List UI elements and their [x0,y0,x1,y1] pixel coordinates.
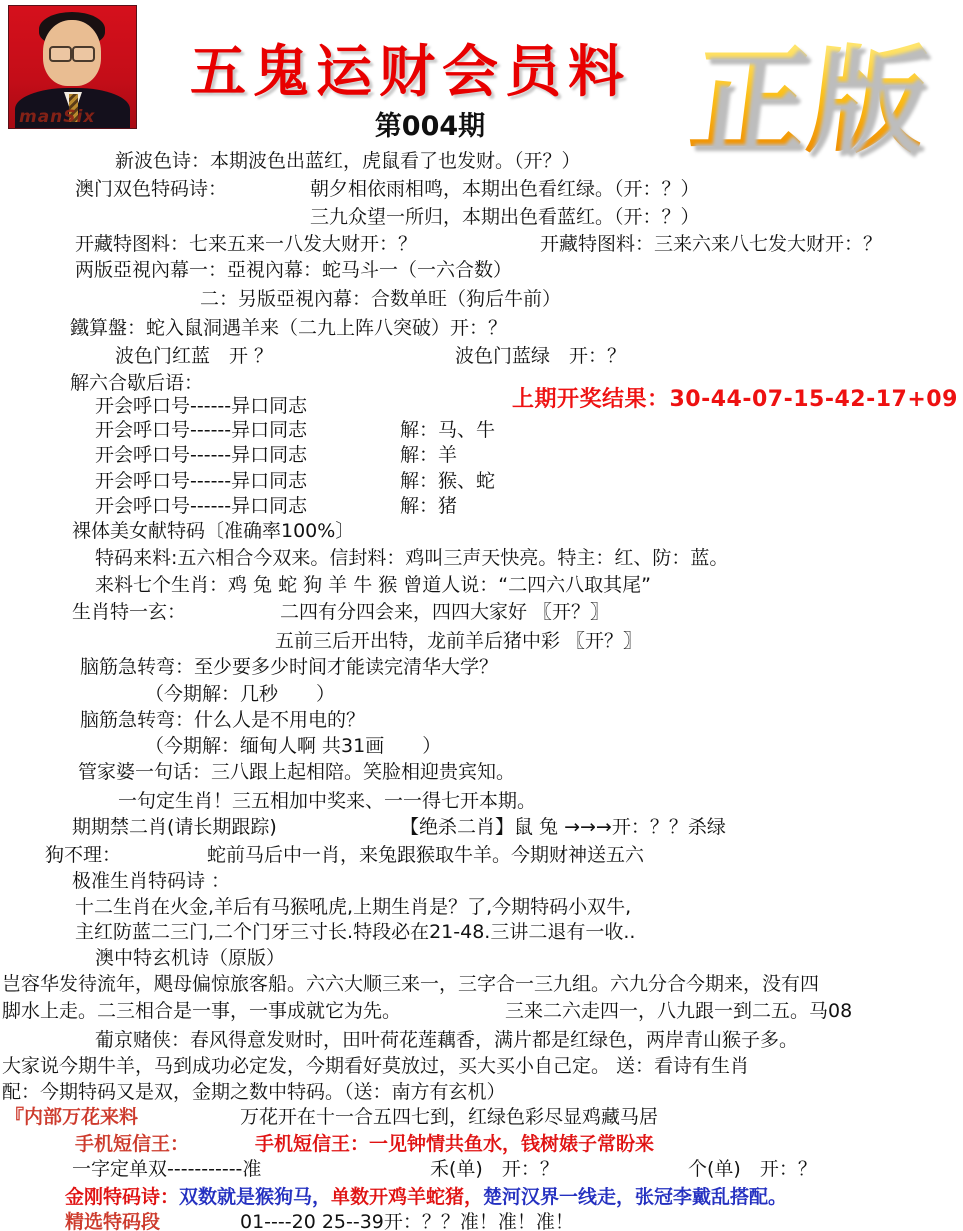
text-segment: 01----20 25--39开：？？准！准！准！ [240,1207,574,1231]
line-brain-teaser-1-answer: （今期解：几秒 ） [0,679,963,706]
line-macau-mystery-poem-header: 澳中特玄机诗（原版） [0,943,963,970]
line-brain-teaser-2-answer: （今期解：缅甸人啊 共31画 ） [0,731,963,758]
line-kaicang-pictures: 开藏特图料：七来五来一八发大财开：？ 开藏特图料：三来六来八七发大财开：？ [0,229,963,256]
text-segment: 岂容华发待流年，飓母偏惊旅客船。六六大顺三来一，三字合一三九组。六九分合今期来，… [2,969,819,996]
line-one-sentence-zodiac: 一句定生肖！三五相加中奖来、一一得七开本期。 [0,786,963,813]
line-zodiac-mystery-1: 生肖特一玄： 二四有分四会来，四四大家好 〖开？〗 [0,597,963,624]
line-brain-teaser-1: 脑筋急转弯：至少要多少时间才能读完清华大学？ [0,652,963,679]
line-seven-zodiacs: 来料七个生肖：鸡 兔 蛇 狗 羊 牛 猴 曾道人说：“二四六八取其尾” [0,570,963,597]
line-iron-abacus: 鐵算盤：蛇入鼠洞遇羊来（二九上阵八突破）开：？ [0,313,963,340]
text-segment: 裸体美女献特码〔准确率100%〕 [72,516,354,543]
text-segment: 极准生肖特码诗 ： [72,866,230,893]
line-brain-teaser-2: 脑筋急转弯：什么人是不用电的？ [0,705,963,732]
text-segment: 万花开在十一合五四七到，红绿色彩尽显鸡藏马居 [240,1102,658,1129]
line-macau-double-color-poem: 澳门双色特码诗： 朝夕相依雨相鸣，本期出色看红绿。（开：？） [0,174,963,201]
text-segment: 开藏特图料：七来五来一八发大财开：？ [75,229,417,256]
text-segment: 一字定单双-----------准 [72,1154,261,1181]
line-slogan-3: 开会呼口号------异口同志 解：羊 [0,440,963,467]
line-housekeeper-sentence: 管家婆一句话：三八跟上起相陪。笑脸相迎贵宾知。 [0,757,963,784]
text-segment: 三九众望一所归，本期出色看蓝红。（开：？） [310,202,700,229]
text-segment: 双数就是猴狗马， [179,1186,331,1208]
text-segment: 二：另版亞視內幕：合数单旺（狗后牛前） [200,284,561,311]
line-macau-mystery-poem-2: 脚水上走。二三相合是一事，一事成就它为先。 三来二六走四一，八九跟一到二五。马0… [0,996,963,1023]
text-segment: （今期解：几秒 ） [145,679,335,706]
line-kinggang-poem: 金刚特码诗：双数就是猴狗马，单数开鸡羊蛇猪，楚河汉界一线走，张冠李戴乱搭配。 [0,1182,963,1209]
text-segment: 开会呼口号------异口同志 [95,391,307,418]
text-segment: 三来二六走四一，八九跟一到二五。马08 [505,996,852,1023]
text-segment: 开会呼口号------异口同志 [95,466,307,493]
text-segment: 新波色诗：本期波色出蓝红，虎鼠看了也发财。（开？） [115,146,581,173]
text-segment: 澳门双色特码诗： [75,174,227,201]
text-segment: 波色门红蓝 开 ？ [115,341,273,368]
issue-number: 第004期 [300,104,560,143]
text-segment: 朝夕相依雨相鸣，本期出色看红绿。（开：？） [310,174,700,201]
line-goubuli: 狗不理： 蛇前马后中一肖，来兔跟猴取牛羊。今期财神送五六 [0,840,963,867]
text-segment: 波色门蓝绿 开：？ [455,341,626,368]
text-segment: （今期解：缅甸人啊 共31画 ） [145,731,441,758]
text-segment: 脑筋急转弯：至少要多少时间才能读完清华大学？ [80,652,498,679]
text-segment: 解：猴、蛇 [400,466,495,493]
line-atv-insider-1: 两版亞視內幕一：亞視內幕：蛇马斗一（一六合数） [0,255,963,282]
text-segment: 来料七个生肖：鸡 兔 蛇 狗 羊 牛 猴 曾道人说：“二四六八取其尾” [95,570,651,597]
line-special-code-source: 特码来料:五六相合今双来。信封料：鸡叫三声天快亮。特主：红、防：蓝。 [0,543,963,570]
line-pujing-gambler-2: 大家说今期牛羊，马到成功必定发，今期看好莫放过，买大买小自己定。 送：看诗有生肖 [0,1051,963,1078]
tip-sheet-page: manSix 五鬼运财会员料 第004期 正版 新波色诗：本期波色出蓝红，虎鼠看… [0,0,963,1231]
text-segment: 单数开鸡羊蛇猪， [331,1186,483,1208]
text-segment: 配：今期特码又是双，金期之数中特码。（送：南方有玄机） [2,1077,506,1104]
text-segment: 蛇前马后中一肖，来兔跟猴取牛羊。今期财神送五六 [207,840,644,867]
text-segment: 楚河汉界一线走，张冠李戴乱搭配。 [483,1186,787,1208]
line-pujing-gambler-3: 配：今期特码又是双，金期之数中特码。（送：南方有玄机） [0,1077,963,1104]
line-accurate-zodiac-poem-header: 极准生肖特码诗 ： [0,866,963,893]
text-segment: 解：马、牛 [400,415,495,442]
text-segment: 两版亞視內幕一：亞視內幕：蛇马斗一（一六合数） [75,255,512,282]
text-segment: 手机短信王：一见钟情共鱼水，钱树婊子常盼来 [255,1129,654,1156]
text-segment: 二四有分四会来，四四大家好 〖开？〗 [280,597,609,624]
text-segment: 一句定生肖！三五相加中奖来、一一得七开本期。 [118,786,536,813]
section-label: 手机短信王： [75,1129,189,1156]
line-wave-color-doors: 波色门红蓝 开 ？ 波色门蓝绿 开：？ [0,341,963,368]
text-segment: 个(单) 开：？ [688,1154,817,1181]
text-segment: 五前三后开出特，龙前羊后猪中彩 〖开？〗 [275,626,642,653]
text-segment: 【绝杀二肖】鼠 兔 →→→开：？？杀绿 [400,812,726,839]
glasses-icon [49,46,95,58]
text-segment: 葡京赌侠：春风得意发财时，田叶荷花莲藕香，满片都是红绿色，两岸青山猴子多。 [95,1025,798,1052]
line-internal-wanhua: 『内部万花来料 万花开在十一合五四七到，红绿色彩尽显鸡藏马居 [0,1102,963,1129]
text-segment: 鐵算盤：蛇入鼠洞遇羊来（二九上阵八突破）开：？ [70,313,507,340]
line-accurate-zodiac-poem-1: 十二生肖在火金,羊后有马猴吼虎,上期生肖是？了,今期特码小双牛, [0,892,963,919]
line-slogan-1: 开会呼口号------异口同志 上期开奖结果：30-44-07-15-42-17… [0,391,963,418]
text-segment: 特码来料:五六相合今双来。信封料：鸡叫三声天快亮。特主：红、防：蓝。 [95,543,728,570]
text-segment: 开藏特图料：三来六来八七发大财开：？ [540,229,882,256]
line-atv-insider-2: 二：另版亞視內幕：合数单旺（狗后牛前） [0,284,963,311]
line-selected-segment: 精选特码段 01----20 25--39开：？？准！准！准！ [0,1207,963,1231]
line-slogan-2: 开会呼口号------异口同志 解：马、牛 [0,415,963,442]
text-segment: 十二生肖在火金,羊后有马猴吼虎,上期生肖是？了,今期特码小双牛, [75,892,631,919]
text-segment: 解：羊 [400,440,457,467]
text-segment: 脚水上走。二三相合是一事，一事成就它为先。 [2,996,401,1023]
page-body: { "header": { "title": "五鬼运财会员料", "issue… [0,0,963,1231]
text-segment: 管家婆一句话：三八跟上起相陪。笑脸相迎贵宾知。 [78,757,515,784]
line-macau-mystery-poem-1: 岂容华发待流年，飓母偏惊旅客船。六六大顺三来一，三字合一三九组。六九分合今期来，… [0,969,963,996]
text-segment: 金刚特码诗：双数就是猴狗马，单数开鸡羊蛇猪，楚河汉界一线走，张冠李戴乱搭配。 [65,1182,787,1209]
text-segment: 解：猪 [400,491,457,518]
text-segment: 澳中特玄机诗（原版） [95,943,285,970]
text-segment: 主红防蓝二三门,二个门牙三寸长.特段必在21-48.三讲二退有一收.. [75,917,635,944]
text-segment: 大家说今期牛羊，马到成功必定发，今期看好莫放过，买大买小自己定。 送：看诗有生肖 [2,1051,749,1078]
line-pujing-gambler: 葡京赌侠：春风得意发财时，田叶荷花莲藕香，满片都是红绿色，两岸青山猴子多。 [0,1025,963,1052]
text-segment: 禾(单) 开：？ [430,1154,559,1181]
line-accurate-zodiac-poem-2: 主红防蓝二三门,二个门牙三寸长.特段必在21-48.三讲二退有一收.. [0,917,963,944]
line-forbidden-two-zodiac: 期期禁二肖(请长期跟踪) 【绝杀二肖】鼠 兔 →→→开：？？杀绿 [0,812,963,839]
last-draw-result: 上期开奖结果：30-44-07-15-42-17+09 [512,382,958,413]
section-label: 精选特码段 [65,1207,160,1231]
page-title: 五鬼运财会员料 [190,28,750,108]
text-segment: 开会呼口号------异口同志 [95,491,307,518]
text-segment: 开会呼口号------异口同志 [95,415,307,442]
line-macau-double-color-poem-2: 三九众望一所归，本期出色看蓝红。（开：？） [0,202,963,229]
line-nude-beauty-special: 裸体美女献特码〔准确率100%〕 [0,516,963,543]
section-label: 金刚特码诗： [65,1186,179,1208]
line-slogan-5: 开会呼口号------异口同志 解：猪 [0,491,963,518]
text-segment: 开会呼口号------异口同志 [95,440,307,467]
section-label: 『内部万花来料 [5,1102,138,1129]
line-sms-king: 手机短信王： 手机短信王：一见钟情共鱼水，钱树婊子常盼来 [0,1129,963,1156]
line-slogan-4: 开会呼口号------异口同志 解：猴、蛇 [0,466,963,493]
photo-watermark: manSix [19,107,95,127]
text-segment: 期期禁二肖(请长期跟踪) [72,812,277,839]
line-new-wave-poem: 新波色诗：本期波色出蓝红，虎鼠看了也发财。（开？） [0,146,963,173]
text-segment: 生肖特一玄： [72,597,186,624]
line-single-double: 一字定单双-----------准 禾(单) 开：？ 个(单) 开：？ [0,1154,963,1181]
portrait-photo: manSix [8,5,137,129]
text-segment: 狗不理： [45,840,121,867]
line-zodiac-mystery-2: 五前三后开出特，龙前羊后猪中彩 〖开？〗 [0,626,963,653]
text-segment: 脑筋急转弯：什么人是不用电的？ [80,705,365,732]
